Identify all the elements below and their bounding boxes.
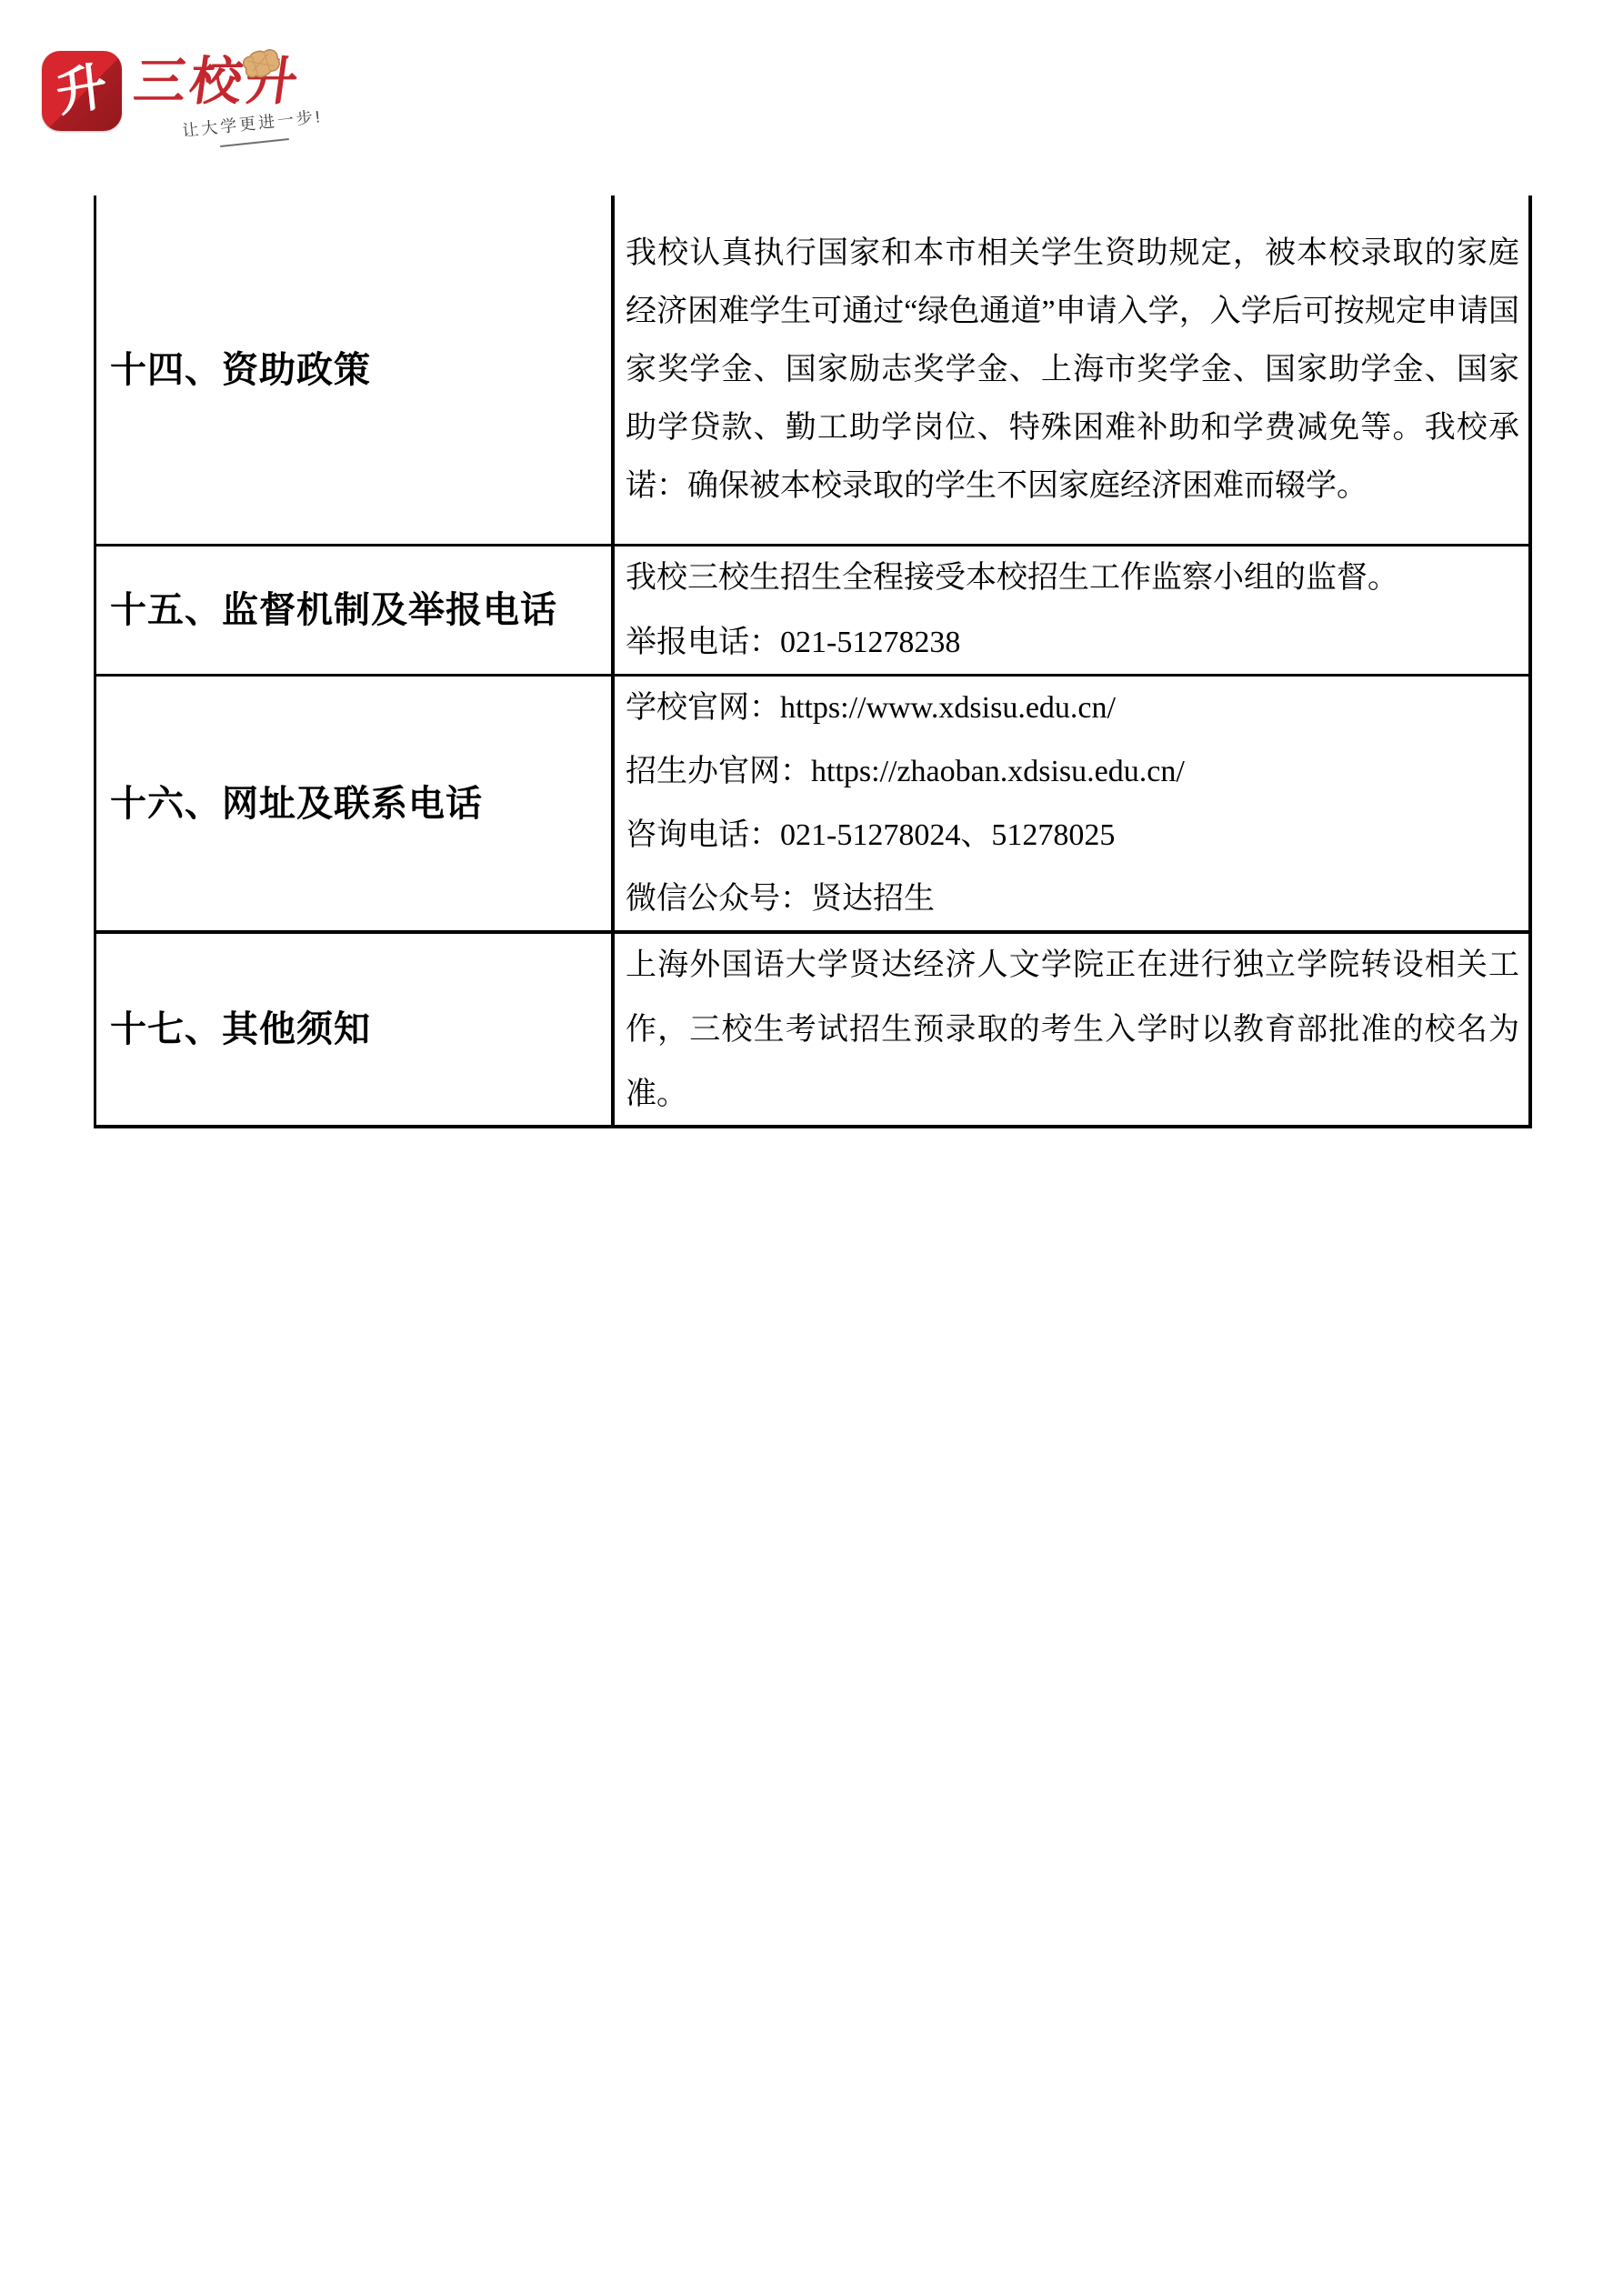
row-label-text: 十五、监督机制及举报电话: [110, 587, 557, 633]
row-label-text: 十七、其他须知: [110, 1007, 371, 1052]
row-label: 十六、网址及联系电话: [96, 677, 615, 930]
paragraph-admissions-website: 招生办官网：https://zhaoban.xdsisu.edu.cn/: [626, 740, 1519, 804]
row-content: 我校认真执行国家和本市相关学生资助规定，被本校录取的家庭经济困难学生可通过“绿色…: [615, 196, 1528, 544]
paragraph-school-website: 学校官网：https://www.xdsisu.edu.cn/: [626, 677, 1519, 740]
tagline-underline: [220, 138, 289, 147]
row-content: 我校三校生招生全程接受本校招生工作监察小组的监督。 举报电话：021-51278…: [615, 546, 1528, 674]
row-content: 上海外国语大学贤达经济人文学院正在进行独立学院转设相关工作，三校生考试招生预录取…: [615, 934, 1528, 1125]
paragraph-wechat-account: 微信公众号：贤达招生: [626, 867, 1519, 931]
row-label: 十五、监督机制及举报电话: [96, 546, 615, 674]
row-label-text: 十六、网址及联系电话: [110, 781, 483, 827]
row-label: 十七、其他须知: [96, 934, 615, 1125]
table-row-other-notes: 十七、其他须知 上海外国语大学贤达经济人文学院正在进行独立学院转设相关工作，三校…: [96, 930, 1528, 1125]
paragraph: 我校认真执行国家和本市相关学生资助规定，被本校录取的家庭经济困难学生可通过“绿色…: [626, 225, 1519, 516]
brand-logo: 升 三校升 让大学更进一步!: [0, 0, 364, 155]
paragraph: 上海外国语大学贤达经济人文学院正在进行独立学院转设相关工作，三校生考试招生预录取…: [626, 934, 1519, 1125]
sheng-character: 升: [54, 61, 109, 121]
brand-app-icon: 升: [42, 51, 122, 131]
info-table: 十四、资助政策 我校认真执行国家和本市相关学生资助规定，被本校录取的家庭经济困难…: [94, 196, 1532, 1128]
table-row-supervision: 十五、监督机制及举报电话 我校三校生招生全程接受本校招生工作监察小组的监督。 举…: [96, 544, 1528, 674]
row-label: 十四、资助政策: [96, 196, 615, 544]
table-row-website-contacts: 十六、网址及联系电话 学校官网：https://www.xdsisu.edu.c…: [96, 674, 1528, 930]
paragraph-report-phone: 举报电话：021-51278238: [626, 610, 1519, 674]
paragraph: 我校三校生招生全程接受本校招生工作监察小组的监督。: [626, 546, 1519, 610]
row-content: 学校官网：https://www.xdsisu.edu.cn/ 招生办官网：ht…: [615, 677, 1528, 930]
row-label-text: 十四、资助政策: [110, 347, 371, 393]
paragraph-consult-phone: 咨询电话：021-51278024、51278025: [626, 804, 1519, 867]
table-row-funding-policy: 十四、资助政策 我校认真执行国家和本市相关学生资助规定，被本校录取的家庭经济困难…: [96, 196, 1528, 544]
